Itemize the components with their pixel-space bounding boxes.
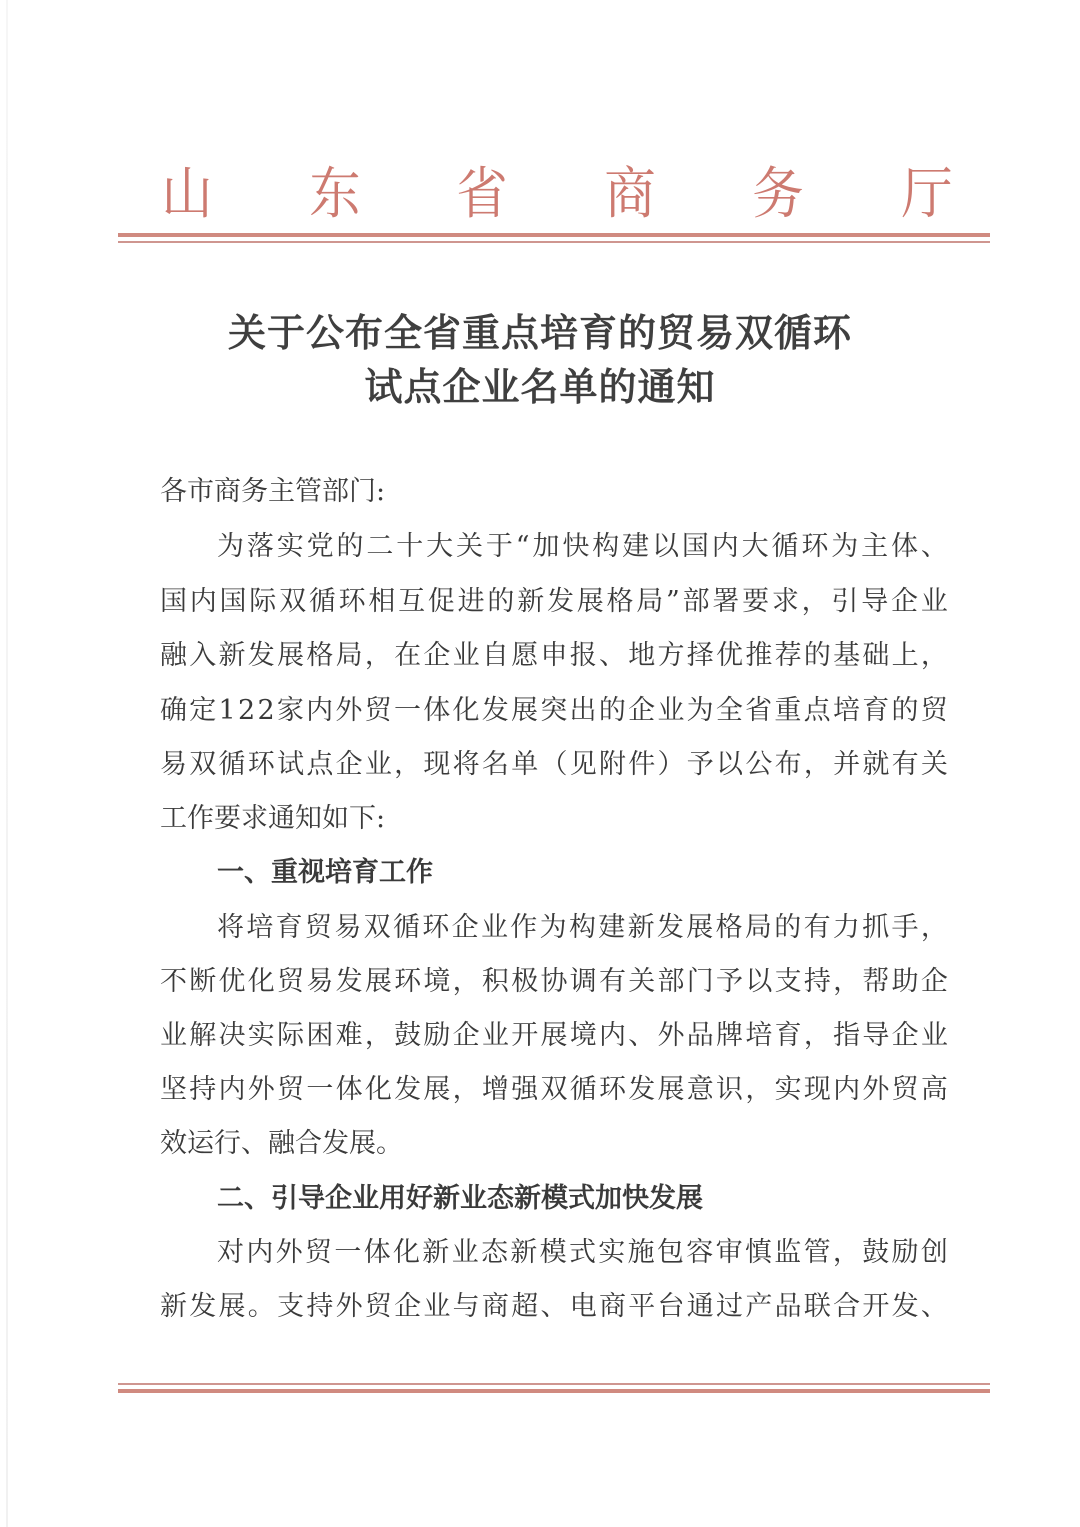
- paragraph-line: 融入新发展格局，在企业自愿申报、地方择优推荐的基础上，: [160, 636, 948, 676]
- paragraph-line: 新发展。支持外贸企业与商超、电商平台通过产品联合开发、: [160, 1287, 948, 1327]
- document-title-line-1: 关于公布全省重点培育的贸易双循环: [0, 302, 1080, 357]
- document-title-line-2: 试点企业名单的通知: [0, 356, 1080, 411]
- paragraph-line: 国内国际双循环相互促进的新发展格局”部署要求，引导企业: [160, 582, 948, 622]
- paragraph-line: 易双循环试点企业，现将名单（见附件）予以公布，并就有关: [160, 745, 948, 785]
- salutation: 各市商务主管部门:: [160, 472, 948, 512]
- paragraph-line: 坚持内外贸一体化发展，增强双循环发展意识，实现内外贸高: [160, 1070, 948, 1110]
- paragraph-line: 效运行、融合发展。: [160, 1124, 948, 1164]
- header-rule-thick: [118, 233, 990, 237]
- paragraph-line: 确定122家内外贸一体化发展突出的企业为全省重点培育的贸: [160, 691, 948, 731]
- paragraph-line: 对内外贸一体化新业态新模式实施包容审慎监管，鼓励创: [217, 1233, 948, 1273]
- section-heading-1: 一、重视培育工作: [217, 853, 433, 893]
- section-heading-2: 二、引导企业用好新业态新模式加快发展: [217, 1179, 703, 1219]
- paragraph-line: 业解决实际困难，鼓励企业开展境内、外品牌培育，指导企业: [160, 1016, 948, 1056]
- paragraph-line: 将培育贸易双循环企业作为构建新发展格局的有力抓手，: [217, 908, 948, 948]
- letterhead-char: 山: [155, 160, 219, 230]
- header-rule-thin: [118, 241, 990, 243]
- letterhead-char: 商: [598, 160, 662, 230]
- footer-rule-thick: [118, 1389, 990, 1393]
- letterhead-char: 省: [450, 160, 514, 230]
- paragraph-line: 不断优化贸易发展环境，积极协调有关部门予以支持，帮助企: [160, 962, 948, 1002]
- letterhead-char: 厅: [895, 160, 959, 230]
- letterhead: 山 东 省 商 务 厅: [0, 160, 1080, 230]
- letterhead-char: 务: [746, 160, 810, 230]
- paragraph-line: 为落实党的二十大关于“加快构建以国内大循环为主体、: [217, 527, 948, 567]
- letterhead-char: 东: [303, 160, 367, 230]
- footer-rule-thin: [118, 1383, 990, 1385]
- paragraph-line: 工作要求通知如下:: [160, 799, 948, 839]
